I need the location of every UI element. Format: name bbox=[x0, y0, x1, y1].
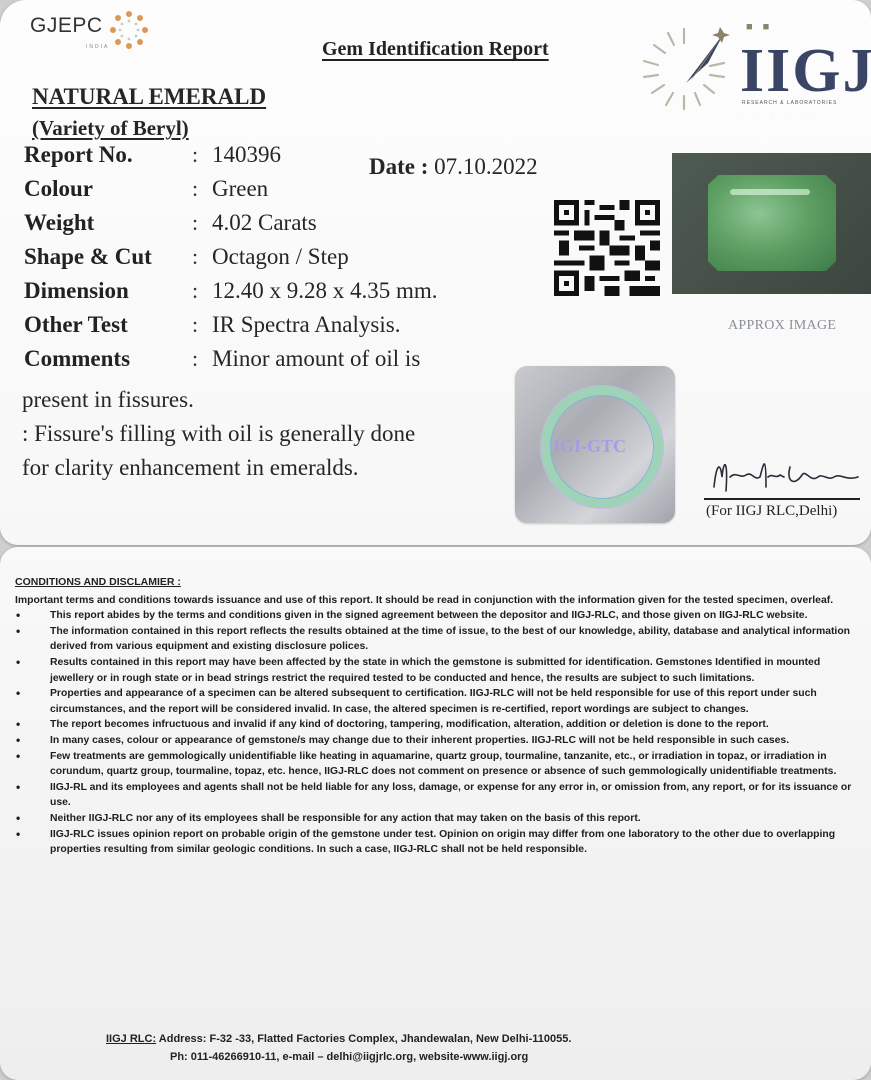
comments-line: present in fissures. bbox=[22, 383, 502, 417]
report-back-card: CONDITIONS AND DISCLAMIER : Important te… bbox=[0, 547, 871, 1080]
disclaimer-item: The information contained in this report… bbox=[15, 624, 860, 655]
report-front-card: GJEPC INDIA Gem Identification Report bbox=[0, 0, 871, 545]
report-title: Gem Identification Report bbox=[322, 38, 549, 61]
disclaimer-item: The report becomes infructuous and inval… bbox=[15, 717, 860, 733]
emerald-stone-image bbox=[708, 175, 836, 271]
field-label: Colour bbox=[24, 176, 192, 202]
gjepc-logo-subtext: INDIA bbox=[86, 44, 109, 50]
address-text: Address: F-32 -33, Flatted Factories Com… bbox=[159, 1033, 572, 1045]
iigj-logo-text: IIGJ bbox=[740, 40, 871, 102]
photo-caption: APPROX IMAGE bbox=[728, 318, 836, 334]
field-value: 4.02 Carats bbox=[212, 210, 317, 236]
comments-line: : Fissure's filling with oil is generall… bbox=[22, 417, 502, 451]
disclaimer-item: Few treatments are gemmologically uniden… bbox=[15, 749, 860, 780]
signature-caption: (For IIGJ RLC,Delhi) bbox=[706, 503, 837, 520]
disclaimer-intro: Important terms and conditions towards i… bbox=[15, 593, 860, 609]
gjepc-logo: GJEPC INDIA bbox=[30, 14, 149, 50]
disclaimer-item: This report abides by the terms and cond… bbox=[15, 608, 860, 624]
field-label: Other Test bbox=[24, 312, 192, 338]
iigj-logo-subtext: RESEARCH & LABORATORIES bbox=[742, 100, 837, 106]
gem-name: NATURAL EMERALD bbox=[32, 84, 266, 110]
field-separator: : bbox=[192, 244, 212, 270]
field-value: Green bbox=[212, 176, 268, 202]
field-separator: : bbox=[192, 312, 212, 338]
field-colour: Colour : Green bbox=[24, 176, 438, 210]
signature-line bbox=[704, 498, 860, 500]
report-date: Date : 07.10.2022 bbox=[369, 154, 538, 180]
signature-icon bbox=[710, 447, 870, 497]
field-label: Dimension bbox=[24, 278, 192, 304]
address-label: IIGJ RLC: bbox=[106, 1033, 156, 1045]
disclaimer-title: CONDITIONS AND DISCLAMIER : bbox=[15, 575, 860, 591]
field-value: IR Spectra Analysis. bbox=[212, 312, 400, 338]
field-dimension: Dimension : 12.40 x 9.28 x 4.35 mm. bbox=[24, 278, 438, 312]
field-value: 140396 bbox=[212, 142, 281, 168]
qr-code-icon[interactable] bbox=[554, 200, 660, 296]
gem-photo bbox=[672, 153, 871, 294]
comments-line: for clarity enhancement in emeralds. bbox=[22, 451, 502, 485]
field-label: Weight bbox=[24, 210, 192, 236]
date-label: Date : bbox=[369, 154, 428, 179]
gem-variety: (Variety of Beryl) bbox=[32, 116, 189, 141]
iigj-starburst-icon bbox=[638, 23, 730, 115]
field-weight: Weight : 4.02 Carats bbox=[24, 210, 438, 244]
field-label: Report No. bbox=[24, 142, 192, 168]
field-shape-cut: Shape & Cut : Octagon / Step bbox=[24, 244, 438, 278]
field-comments: Comments : Minor amount of oil is bbox=[24, 346, 438, 380]
field-value: Octagon / Step bbox=[212, 244, 349, 270]
field-separator: : bbox=[192, 278, 212, 304]
field-value: Minor amount of oil is bbox=[212, 346, 420, 372]
field-separator: : bbox=[192, 176, 212, 202]
disclaimer-item: IIGJ-RL and its employees and agents sha… bbox=[15, 780, 860, 811]
disclaimer-list: This report abides by the terms and cond… bbox=[15, 608, 860, 858]
hologram-seal: IGI-GTC bbox=[515, 366, 675, 523]
disclaimer-item: Results contained in this report may hav… bbox=[15, 655, 860, 686]
field-value: 12.40 x 9.28 x 4.35 mm. bbox=[212, 278, 438, 304]
disclaimer-item: Properties and appearance of a specimen … bbox=[15, 686, 860, 717]
comments-continued: present in fissures. : Fissure's filling… bbox=[22, 383, 502, 485]
contact-text: Ph: 011-46266910-11, e-mail – delhi@iigj… bbox=[106, 1048, 571, 1066]
field-label: Comments bbox=[24, 346, 192, 372]
gem-highlight bbox=[730, 189, 810, 195]
field-separator: : bbox=[192, 346, 212, 372]
lab-address: IIGJ RLC: Address: F-32 -33, Flatted Fac… bbox=[106, 1030, 571, 1066]
date-value: 07.10.2022 bbox=[434, 154, 538, 179]
field-separator: : bbox=[192, 210, 212, 236]
field-separator: : bbox=[192, 142, 212, 168]
iigj-stars-icon: ■■ bbox=[746, 21, 779, 33]
hologram-center-text: IGI-GTC bbox=[553, 436, 626, 457]
gjepc-sunburst-icon bbox=[109, 10, 149, 50]
disclaimer-item: In many cases, colour or appearance of g… bbox=[15, 733, 860, 749]
field-label: Shape & Cut bbox=[24, 244, 192, 270]
disclaimer-item: Neither IIGJ-RLC nor any of its employee… bbox=[15, 811, 860, 827]
field-other-test: Other Test : IR Spectra Analysis. bbox=[24, 312, 438, 346]
disclaimer-item: IIGJ-RLC issues opinion report on probab… bbox=[15, 827, 860, 858]
gjepc-logo-text: GJEPC bbox=[30, 14, 103, 38]
disclaimer: CONDITIONS AND DISCLAMIER : Important te… bbox=[15, 575, 860, 858]
iigj-logo: ■■ IIGJ RESEARCH & LABORATORIES · · · · … bbox=[638, 18, 871, 118]
iigj-tagline: · · · · · · bbox=[742, 110, 821, 115]
